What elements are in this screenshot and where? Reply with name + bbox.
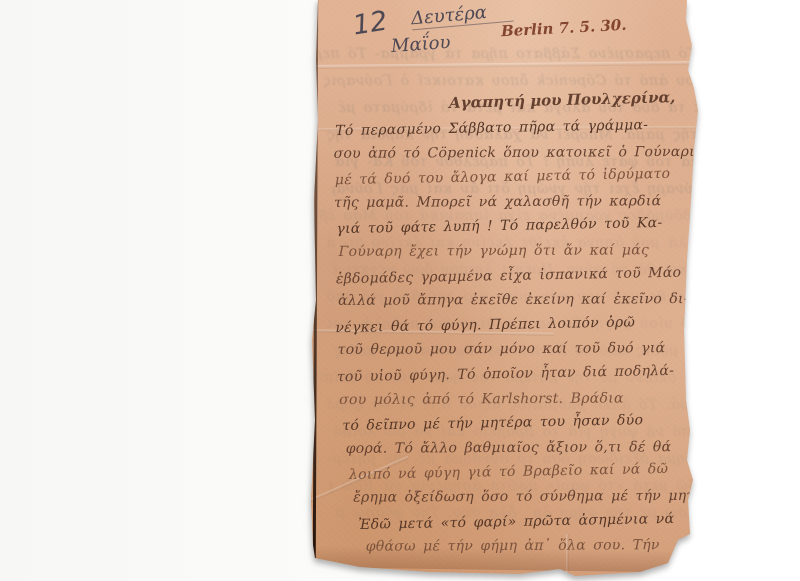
letter-paper: Τό περασμένο Σάββατο πῆρα τά γράμμα- Τό … bbox=[311, 0, 703, 581]
letter-line: Τό περασμένο Σάββατο πῆρα τά γράμμα- bbox=[335, 117, 648, 139]
letter-line: ἔρημα ὀξείδωση ὅσο τό σύνθημα μέ τήν μητ… bbox=[353, 488, 716, 506]
letter-line: λοιπό νά φύγη γιά τό Βραβεῖο καί νά δῶ bbox=[349, 461, 669, 483]
letter-line: ἀλλά μοῦ ἄπηγα ἐκεῖθε ἐκείνη καί ἐκεῖνο … bbox=[338, 291, 689, 309]
scanner-background: Τό περασμένο Σάββατο πῆρα τά γράμμα- Τό … bbox=[0, 0, 800, 581]
letter-line: τοῦ θερμοῦ μου σάν μόνο καί τοῦ δυό γιά bbox=[338, 340, 666, 358]
letter-line: Γούναρη ἔχει τήν γνώμη ὅτι ἄν καί μάς bbox=[339, 242, 650, 260]
letter-body: Τό περασμένο Σάββατο πῆρα τά γράμμα-σου … bbox=[308, 0, 706, 580]
letter-line: τό δεῖπνο μέ τήν μητέρα του ἦσαν δύο bbox=[342, 412, 643, 434]
letter-line: μέ τά δυό του ἄλογα καί μετά τό ἱδρύματο bbox=[335, 166, 671, 188]
letter-line: τῆς μαμᾶ. Μπορεῖ νά χαλασθῆ τήν καρδιά bbox=[334, 193, 661, 211]
letter-line: νέγκει θά τό φύγη. Πρέπει λοιπόν ὁρῶ bbox=[335, 314, 635, 336]
letter-line: Ἐδῶ μετά «τό φαρί» πρῶτα ἀσημένια νά bbox=[358, 511, 674, 533]
letter-line: σου ἀπό τό Cöpenick ὅπου κατοικεῖ ὁ Γούν… bbox=[334, 144, 704, 162]
letter-line: τοῦ υἱοῦ φύγη. Τό ὁποῖον ἦταν διά ποδηλά… bbox=[337, 363, 675, 385]
letter-line: φθάσω μέ τήν φήμη ἀπ᾽ ὅλα σου. Τήν bbox=[366, 537, 660, 555]
paper-sheet: Τό περασμένο Σάββατο πῆρα τά γράμμα- Τό … bbox=[311, 0, 703, 578]
letter-line: φορά. Τό ἄλλο βαθμιαῖος ἄξιον ὅ,τι δέ θά bbox=[346, 439, 672, 457]
letter-line: σου μόλις ἀπό τό Karlshorst. Βράδια bbox=[339, 391, 624, 408]
letter-line: ἑβδομάδες γραμμένα εἶχα ἰσπανικά τοῦ Μάο bbox=[336, 265, 682, 288]
letter-line: γιά τοῦ φάτε λυπή ! Τό παρελθόν τοῦ Κα- bbox=[336, 215, 662, 237]
